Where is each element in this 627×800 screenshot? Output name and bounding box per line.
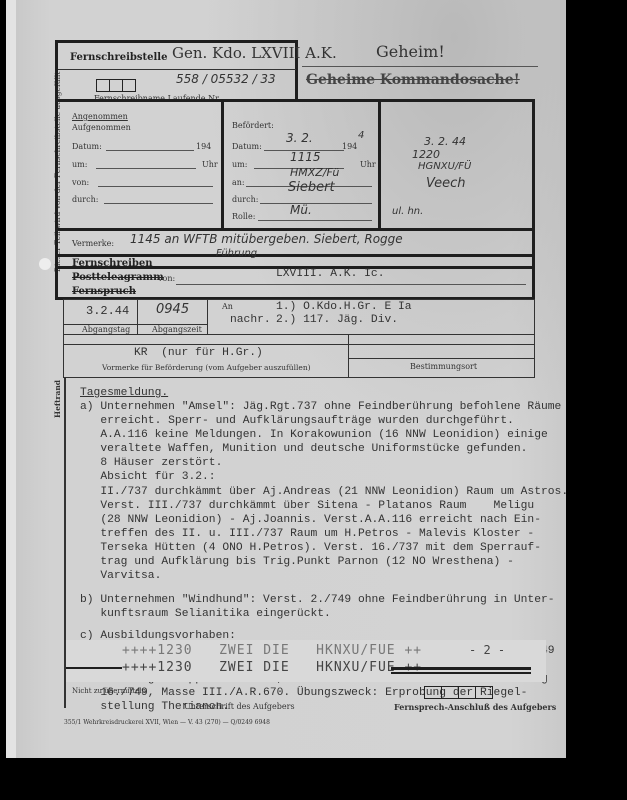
- divider: [221, 100, 224, 230]
- running-number: 558 / 05532 / 33: [176, 72, 276, 86]
- destination-label: Bestimmungsort: [410, 362, 477, 371]
- phone-boxes: [424, 684, 492, 703]
- divider: [348, 334, 349, 378]
- divider: [302, 66, 538, 67]
- divider: [56, 228, 534, 231]
- received-time-unit: Uhr: [202, 160, 218, 169]
- body-line: A.A.116 keine Meldungen. In Korakowunion…: [80, 428, 568, 442]
- relay-initials: ul. hn.: [392, 206, 423, 217]
- type-frame: [55, 254, 535, 300]
- station-label: Fernschreibstelle: [70, 52, 167, 63]
- forwarded-date-value: 3. 2.: [286, 131, 313, 145]
- departure-time: 0945: [156, 302, 189, 317]
- teletype-line-1: ++++1230 ZWEI DIE HKNXU/FUE ++: [122, 643, 422, 658]
- rule: [66, 667, 122, 669]
- punch-hole: [39, 258, 51, 270]
- received-title-1: Angenommen: [72, 112, 128, 121]
- divider: [207, 299, 208, 335]
- phone-label: Fernsprech-Anschluß des Aufgebers: [394, 702, 556, 712]
- forwarded-by-label: durch:: [232, 195, 258, 204]
- body-line: [80, 583, 568, 593]
- divider: [58, 69, 296, 70]
- body-line: a) Unternehmen "Amsel": Jäg.Rgt.737 ohne…: [80, 400, 568, 414]
- document-sheet: Dieser Teil wird von der Fernschreibstel…: [6, 0, 566, 758]
- recipient-2: 2.) 117. Jäg. Div.: [276, 313, 398, 327]
- not-transmit-note: Nicht zu übermitteln: [72, 687, 146, 695]
- received-from-label: von:: [72, 178, 89, 187]
- body-line: 8 Häuser zerstört.: [80, 456, 568, 470]
- forwarded-to-value: HMXZ/Fü: [290, 166, 339, 179]
- recipient-1: 1.) O.Kdo.H.Gr. E Ia: [276, 300, 412, 314]
- paper-edge: [6, 0, 16, 758]
- forwarded-role-label: Rolle:: [232, 212, 255, 221]
- priority-label: Vormerke für Beförderung (vom Aufgeber a…: [102, 363, 311, 372]
- received-by-label: durch:: [72, 195, 98, 204]
- forwarded-time-unit: Uhr: [360, 160, 376, 169]
- departure-date-label: Abgangstag: [82, 325, 130, 334]
- field-line: [98, 186, 213, 187]
- body-line: Verst. III./737 durchkämmt über Sitena -…: [80, 499, 568, 513]
- body-line: b) Unternehmen "Windhund": Verst. 2./749…: [80, 593, 568, 607]
- divider: [378, 100, 381, 230]
- rule: [391, 672, 531, 674]
- body-line: Varvitsa.: [80, 569, 568, 583]
- remarks-label: Vermerke:: [72, 239, 114, 248]
- priority-value: KR (nur für H.Gr.): [134, 346, 263, 360]
- recipient-2-prefix: nachr.: [230, 313, 271, 327]
- recipient-label: An: [222, 302, 233, 311]
- divider: [137, 299, 138, 335]
- body-line: II./737 durchkämmt über Aj.Andreas (21 N…: [80, 485, 568, 499]
- body-line: Absicht für 3.2.:: [80, 470, 568, 484]
- departure-time-label: Abgangszeit: [152, 325, 202, 334]
- forwarded-role-value: Mü.: [290, 203, 312, 217]
- body-heading: Tagesmeldung.: [80, 386, 168, 400]
- received-title-2: Aufgenommen: [72, 123, 131, 132]
- body-line: 16./749, Masse III./A.R.670. Übungszweck…: [80, 686, 568, 700]
- binding-margin-label: Heftrand: [53, 380, 62, 418]
- print-info: 355/1 Wehrkreisdruckerei XVII, Wien — V.…: [64, 719, 270, 726]
- body-line: Terseka Hütten (4 ONO H.Petros). Verst. …: [80, 541, 568, 555]
- field-line: [260, 203, 372, 204]
- departure-date: 3.2.44: [86, 304, 129, 318]
- received-year-prefix: 194: [196, 142, 211, 151]
- forwarded-to-label: an:: [232, 178, 245, 187]
- teletype-line-2: ++++1230 ZWEI DIE HKNXU/FUE ++: [122, 660, 422, 675]
- body-line: veraltete Waffen, Munition und deutsche …: [80, 442, 568, 456]
- page-marker: - 2 -: [469, 643, 505, 657]
- relay-date: 3. 2. 44: [424, 135, 466, 148]
- station-value: Gen. Kdo. LXVIII A.K.: [172, 44, 337, 62]
- relay-code: HGNXU/FÜ: [418, 161, 471, 172]
- rule: [391, 667, 531, 670]
- field-line: [258, 220, 372, 221]
- body-line: [80, 621, 568, 629]
- secret-command-struck: Geheime Kommandosache!: [306, 72, 520, 88]
- body-line: kunftsraum Selianitika eingerückt.: [80, 607, 568, 621]
- body-line: treffen des II. u. III./737 Raum um H.Pe…: [80, 527, 568, 541]
- forwarded-time-value: 1115: [290, 150, 321, 164]
- secret-title: Geheim!: [376, 42, 445, 61]
- divider: [348, 358, 534, 359]
- received-date-label: Datum:: [72, 142, 102, 151]
- relay-time: 1220: [412, 148, 440, 161]
- field-line: [104, 203, 213, 204]
- forwarded-year-prefix: 194: [342, 142, 357, 151]
- remarks-value: 1145 an WFTB mitübergeben. Siebert, Rogg…: [130, 232, 403, 246]
- received-time-label: um:: [72, 160, 87, 169]
- relay-name: Veech: [426, 176, 466, 191]
- signature-label: Unterschrift des Aufgebers: [184, 702, 295, 711]
- field-line: [96, 168, 196, 169]
- forwarded-by-value: Siebert: [288, 180, 335, 195]
- body-line: erreicht. Sperr- und Aufklärungsaufträge…: [80, 414, 568, 428]
- forwarded-year-suffix: 4: [358, 130, 364, 141]
- forwarded-title: Befördert:: [232, 121, 274, 130]
- body-line: trag und Aufklärung bis Trig.Punkt Parno…: [80, 555, 568, 569]
- forwarded-time-label: um:: [232, 160, 247, 169]
- body-line: (28 NNW Leonidion) - Aj.Joannis. Verst.A…: [80, 513, 568, 527]
- field-line: [106, 150, 194, 151]
- forwarded-date-label: Datum:: [232, 142, 262, 151]
